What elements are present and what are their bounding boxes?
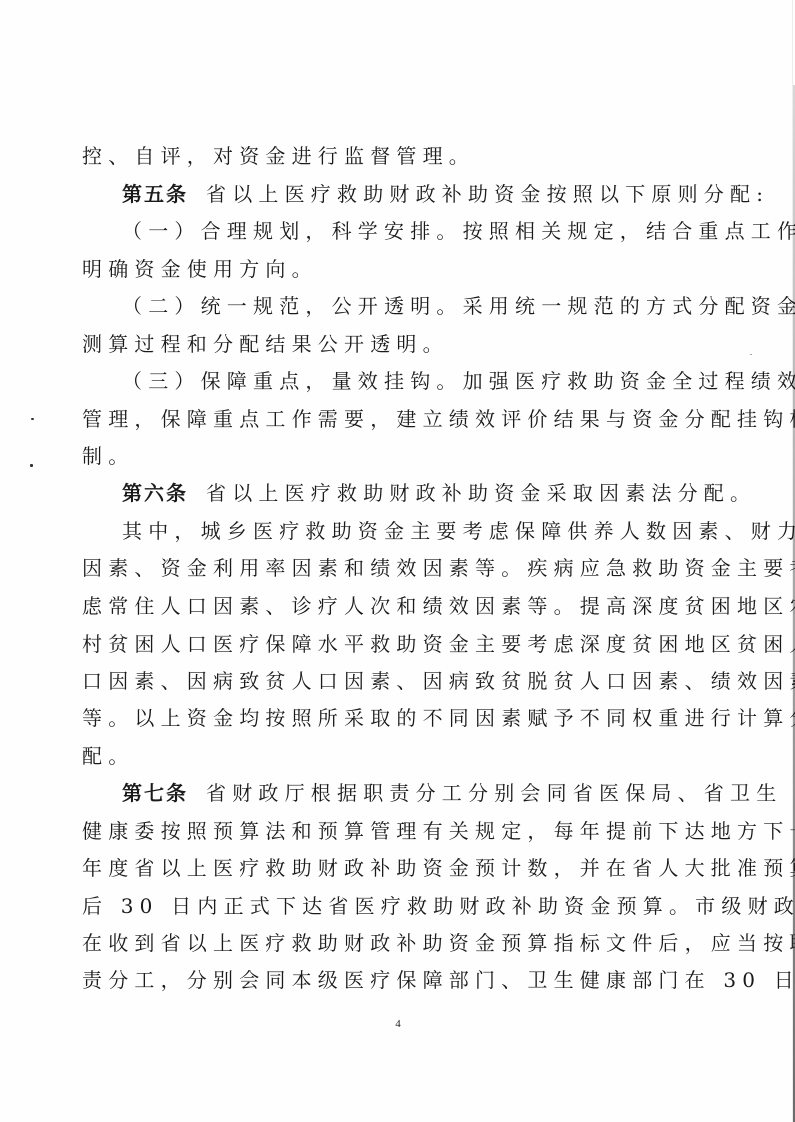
article-heading: 第七条 xyxy=(122,781,188,805)
article-line: 第七条省财政厅根据职责分工分别会同省医保局、省卫生 xyxy=(122,778,722,808)
line-text: 测算过程和分配结果公开透明。 xyxy=(82,332,449,356)
text-line: 其中，城乡医疗救助资金主要考虑保障供养人数因素、财力 xyxy=(122,516,722,546)
line-text: 其中，城乡医疗救助资金主要考虑保障供养人数因素、财力 xyxy=(122,519,795,543)
text-line: 口因素、因病致贫人口因素、因病致贫脱贫人口因素、绩效因素 xyxy=(82,666,682,696)
text-line: 村贫困人口医疗保障水平救助资金主要考虑深度贫困地区贫困人 xyxy=(82,629,682,659)
text-line: 制。 xyxy=(82,441,682,471)
line-text: 后 30 日内正式下达省医疗救助财政补助资金预算。市级财政部门 xyxy=(82,894,795,918)
article-line: 第五条省以上医疗救助财政补助资金按照以下原则分配: xyxy=(122,179,722,209)
scan-speck xyxy=(30,464,33,467)
article-heading: 第五条 xyxy=(122,182,188,206)
page-number: 4 xyxy=(390,1018,406,1030)
text-line: 等。以上资金均按照所采取的不同因素赋予不同权重进行计算分 xyxy=(82,703,682,733)
text-line: 在收到省以上医疗救助财政补助资金预算指标文件后，应当按职 xyxy=(82,928,682,958)
text-line: 管理，保障重点工作需要，建立绩效评价结果与资金分配挂钩机 xyxy=(82,404,682,434)
line-text: 虑常住人口因素、诊疗人次和绩效因素等。提高深度贫困地区农 xyxy=(82,594,795,618)
line-text: 村贫困人口医疗保障水平救助资金主要考虑深度贫困地区贫困人 xyxy=(82,632,795,656)
line-text: 管理，保障重点工作需要，建立绩效评价结果与资金分配挂钩机 xyxy=(82,407,795,431)
line-text: 省以上医疗救助财政补助资金按照以下原则分配: xyxy=(206,182,769,206)
text-line: 健康委按照预算法和预算管理有关规定，每年提前下达地方下一 xyxy=(82,816,682,846)
line-text: 在收到省以上医疗救助财政补助资金预算指标文件后，应当按职 xyxy=(82,931,795,955)
text-line: 配。 xyxy=(82,741,682,771)
text-line: 控、自评，对资金进行监督管理。 xyxy=(82,141,682,171)
line-text: 健康委按照预算法和预算管理有关规定，每年提前下达地方下一 xyxy=(82,819,795,843)
text-line: 责分工，分别会同本级医疗保障部门、卫生健康部门在 30 日内正 xyxy=(82,965,682,995)
line-text: 省财政厅根据职责分工分别会同省医保局、省卫生 xyxy=(206,781,782,805)
line-text: 制。 xyxy=(82,444,134,468)
line-text: （二）统一规范，公开透明。采用统一规范的方式分配资金， xyxy=(122,294,795,318)
line-text: 明确资金使用方向。 xyxy=(82,257,318,281)
article-heading: 第六条 xyxy=(122,481,188,505)
document-page: 控、自评，对资金进行监督管理。第五条省以上医疗救助财政补助资金按照以下原则分配:… xyxy=(0,0,795,1122)
line-text: 控、自评，对资金进行监督管理。 xyxy=(82,144,475,168)
line-text: 省以上医疗救助财政补助资金采取因素法分配。 xyxy=(206,481,756,505)
text-line: 虑常住人口因素、诊疗人次和绩效因素等。提高深度贫困地区农 xyxy=(82,591,682,621)
text-line: 因素、资金利用率因素和绩效因素等。疾病应急救助资金主要考 xyxy=(82,553,682,583)
scan-speck xyxy=(750,354,752,355)
text-line: 后 30 日内正式下达省医疗救助财政补助资金预算。市级财政部门 xyxy=(82,891,682,921)
line-text: 配。 xyxy=(82,744,134,768)
line-text: 年度省以上医疗救助财政补助资金预计数，并在省人大批准预算 xyxy=(82,856,795,880)
line-text: 因素、资金利用率因素和绩效因素等。疾病应急救助资金主要考 xyxy=(82,556,795,580)
line-text: （一）合理规划，科学安排。按照相关规定，结合重点工作， xyxy=(122,219,795,243)
text-line: （三）保障重点，量效挂钩。加强医疗救助资金全过程绩效 xyxy=(122,366,722,396)
text-line: （一）合理规划，科学安排。按照相关规定，结合重点工作， xyxy=(122,216,722,246)
article-line: 第六条省以上医疗救助财政补助资金采取因素法分配。 xyxy=(122,478,722,508)
text-line: （二）统一规范，公开透明。采用统一规范的方式分配资金， xyxy=(122,291,722,321)
line-text: 责分工，分别会同本级医疗保障部门、卫生健康部门在 30 日内正 xyxy=(82,968,795,992)
text-line: 测算过程和分配结果公开透明。 xyxy=(82,329,682,359)
line-text: 等。以上资金均按照所采取的不同因素赋予不同权重进行计算分 xyxy=(82,706,795,730)
scan-speck xyxy=(31,418,34,420)
line-text: 口因素、因病致贫人口因素、因病致贫脱贫人口因素、绩效因素 xyxy=(82,669,795,693)
text-line: 年度省以上医疗救助财政补助资金预计数，并在省人大批准预算 xyxy=(82,853,682,883)
line-text: （三）保障重点，量效挂钩。加强医疗救助资金全过程绩效 xyxy=(122,369,795,393)
text-line: 明确资金使用方向。 xyxy=(82,254,682,284)
